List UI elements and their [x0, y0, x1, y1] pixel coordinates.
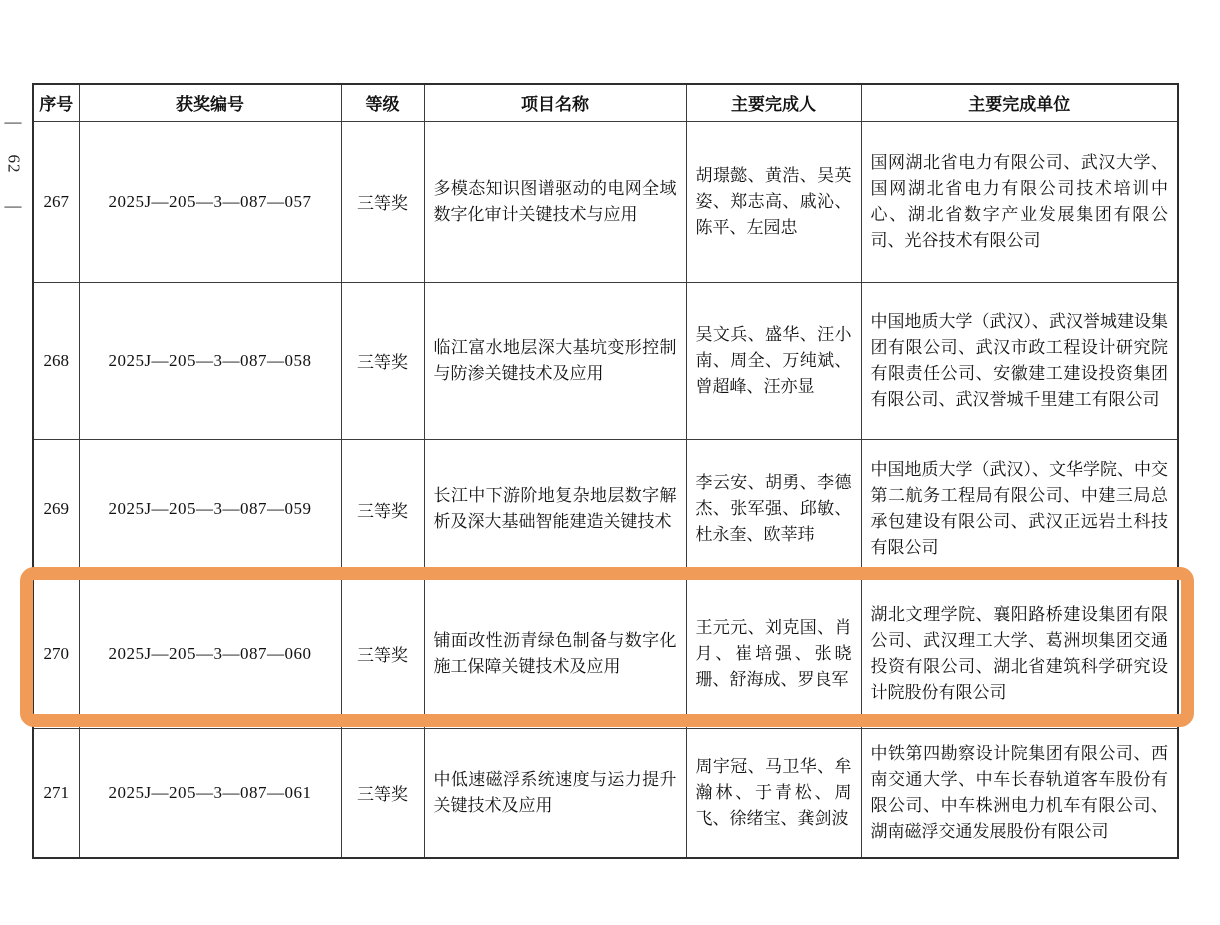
- cell-award-id: 2025J—205—3—087—060: [79, 579, 341, 728]
- cell-no: 268: [33, 282, 79, 439]
- col-header-no: 序号: [33, 84, 79, 121]
- cell-no: 271: [33, 728, 79, 858]
- page-number: 62: [3, 155, 23, 174]
- cell-grade: 三等奖: [341, 728, 424, 858]
- page-number-dash-top: —: [5, 112, 22, 132]
- col-header-grade: 等级: [341, 84, 424, 121]
- cell-no: 267: [33, 121, 79, 282]
- cell-contributors: 胡璟懿、黄浩、吴英姿、郑志高、戚沁、陈平、左园忠: [686, 121, 861, 282]
- cell-project: 临江富水地层深大基坑变形控制与防渗关键技术及应用: [424, 282, 686, 439]
- cell-award-id: 2025J—205—3—087—057: [79, 121, 341, 282]
- cell-project: 中低速磁浮系统速度与运力提升关键技术及应用: [424, 728, 686, 858]
- cell-grade: 三等奖: [341, 439, 424, 579]
- col-header-organizations: 主要完成单位: [861, 84, 1178, 121]
- cell-project: 铺面改性沥青绿色制备与数字化施工保障关键技术及应用: [424, 579, 686, 728]
- cell-grade: 三等奖: [341, 579, 424, 728]
- header-row: 序号 获奖编号 等级 项目名称 主要完成人 主要完成单位: [33, 84, 1178, 121]
- cell-contributors: 吴文兵、盛华、汪小南、周全、万纯斌、曾超峰、汪亦显: [686, 282, 861, 439]
- col-header-award-id: 获奖编号: [79, 84, 341, 121]
- table-row: 269 2025J—205—3—087—059 三等奖 长江中下游阶地复杂地层数…: [33, 439, 1178, 579]
- cell-grade: 三等奖: [341, 282, 424, 439]
- cell-contributors: 王元元、刘克国、肖月、崔培强、张晓珊、舒海成、罗良军: [686, 579, 861, 728]
- cell-grade: 三等奖: [341, 121, 424, 282]
- table-row: 268 2025J—205—3—087—058 三等奖 临江富水地层深大基坑变形…: [33, 282, 1178, 439]
- col-header-contributors: 主要完成人: [686, 84, 861, 121]
- table-row: 267 2025J—205—3—087—057 三等奖 多模态知识图谱驱动的电网…: [33, 121, 1178, 282]
- cell-award-id: 2025J—205—3—087—058: [79, 282, 341, 439]
- cell-project: 多模态知识图谱驱动的电网全域数字化审计关键技术与应用: [424, 121, 686, 282]
- col-header-project: 项目名称: [424, 84, 686, 121]
- cell-contributors: 周宇冠、马卫华、牟瀚林、于青松、周飞、徐绪宝、龚剑波: [686, 728, 861, 858]
- cell-no: 270: [33, 579, 79, 728]
- cell-no: 269: [33, 439, 79, 579]
- page-number-vertical: — 62 —: [0, 112, 26, 216]
- table-row-highlighted: 270 2025J—205—3—087—060 三等奖 铺面改性沥青绿色制备与数…: [33, 579, 1178, 728]
- cell-organizations: 国网湖北省电力有限公司、武汉大学、国网湖北省电力有限公司技术培训中心、湖北省数字…: [861, 121, 1178, 282]
- cell-organizations: 湖北文理学院、襄阳路桥建设集团有限公司、武汉理工大学、葛洲坝集团交通投资有限公司…: [861, 579, 1178, 728]
- cell-award-id: 2025J—205—3—087—059: [79, 439, 341, 579]
- awards-table: 序号 获奖编号 等级 项目名称 主要完成人 主要完成单位 267 2025J—2…: [32, 83, 1179, 859]
- cell-award-id: 2025J—205—3—087—061: [79, 728, 341, 858]
- table-row: 271 2025J—205—3—087—061 三等奖 中低速磁浮系统速度与运力…: [33, 728, 1178, 858]
- cell-organizations: 中国地质大学（武汉）、武汉誉城建设集团有限公司、武汉市政工程设计研究院有限责任公…: [861, 282, 1178, 439]
- cell-contributors: 李云安、胡勇、李德杰、张军强、邱敏、杜永奎、欧莘玮: [686, 439, 861, 579]
- cell-organizations: 中国地质大学（武汉）、文华学院、中交第二航务工程局有限公司、中建三局总承包建设有…: [861, 439, 1178, 579]
- cell-project: 长江中下游阶地复杂地层数字解析及深大基础智能建造关键技术: [424, 439, 686, 579]
- page-number-dash-bottom: —: [5, 196, 22, 216]
- cell-organizations: 中铁第四勘察设计院集团有限公司、西南交通大学、中车长春轨道客车股份有限公司、中车…: [861, 728, 1178, 858]
